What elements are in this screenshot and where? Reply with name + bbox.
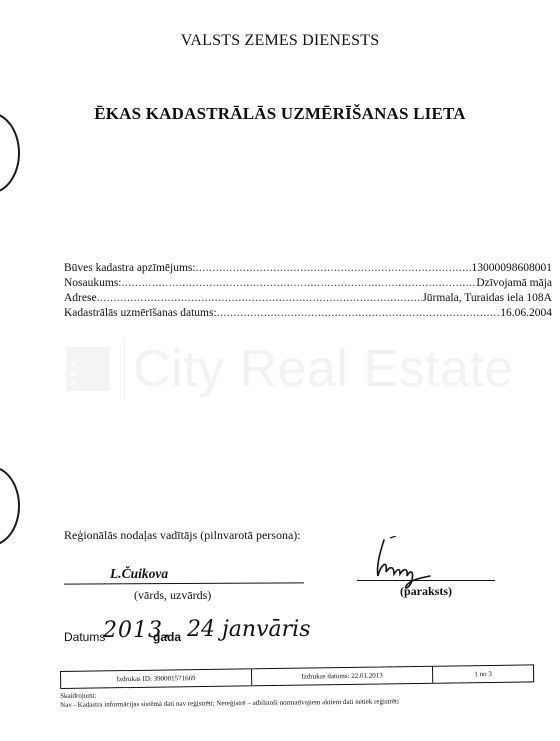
- print-id-cell: Izdrukas ID: 390001571669: [61, 669, 252, 688]
- field-row-survey-date: Kadastrālās uzmērīšanas datums: 16.06.20…: [64, 306, 552, 321]
- cadastral-fields: Būves kadastra apzīmējums: 1300009860800…: [64, 261, 552, 321]
- punch-hole-mark: [0, 112, 20, 194]
- punch-hole-mark: [0, 466, 20, 546]
- leader-dots: [122, 276, 477, 291]
- date-label: Datums: [64, 630, 105, 644]
- date-gada-label: gada: [153, 630, 181, 644]
- official-name: L.Čuikova: [110, 566, 168, 582]
- field-value: Jūrmala, Turaidas iela 108A: [422, 291, 552, 306]
- watermark-text: City Real Estate: [133, 339, 514, 399]
- name-caption: (vārds, uzvārds): [134, 588, 211, 603]
- field-value: Dzīvojamā māja: [476, 276, 552, 291]
- page-number-cell: 1 no 3: [433, 665, 533, 682]
- leader-dots: [217, 306, 501, 321]
- field-label: Būves kadastra apzīmējums:: [64, 261, 196, 276]
- field-label: Nosaukums:: [64, 276, 122, 291]
- region-head-label: Reģionālās nodaļas vadītājs (pilnvarotā …: [64, 528, 301, 543]
- field-value: 13000098608001: [472, 261, 553, 276]
- field-label: Kadastrālās uzmērīšanas datums:: [64, 306, 217, 321]
- building-logo-icon: [66, 347, 110, 391]
- field-label: Adrese: [64, 291, 97, 306]
- field-value: 16.06.2004: [500, 306, 552, 321]
- watermark-divider: [124, 338, 125, 400]
- field-row-cadastral-designation: Būves kadastra apzīmējums: 1300009860800…: [64, 261, 552, 276]
- field-row-address: Adrese Jūrmala, Turaidas iela 108A: [64, 291, 552, 306]
- leader-dots: [196, 261, 472, 276]
- leader-dots: [97, 291, 423, 306]
- watermark: City Real Estate: [66, 337, 514, 401]
- print-date-cell: Izdrukas datums: 22.01.2013: [252, 667, 433, 686]
- agency-name: VALSTS ZEMES DIENESTS: [0, 32, 560, 50]
- explanations: Skaidrojumi: Nav - Kadastra informācijas…: [60, 688, 399, 710]
- signature-caption: (paraksts): [400, 584, 452, 599]
- document-title: ĒKAS KADASTRĀLĀS UZMĒRĪŠANAS LIETA: [0, 104, 560, 124]
- signature-underline: [357, 580, 495, 581]
- name-underline: [64, 582, 304, 584]
- print-info-table: Izdrukas ID: 390001571669 Izdrukas datum…: [60, 664, 534, 689]
- field-row-name: Nosaukums: Dzīvojamā māja: [64, 276, 552, 291]
- scanned-document-page: VALSTS ZEMES DIENESTS ĒKAS KADASTRĀLĀS U…: [0, 0, 560, 741]
- date-day-month-handwritten: 24 janvāris: [187, 617, 310, 642]
